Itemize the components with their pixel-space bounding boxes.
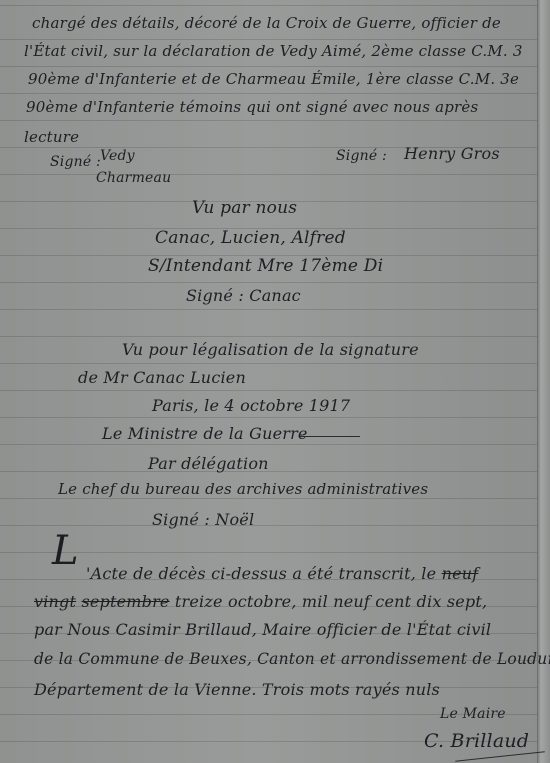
legalisation-chef: Le chef du bureau des archives administr…	[58, 480, 428, 498]
minister-underline	[300, 436, 360, 437]
paragraph-1-line-4: 90ème d'Infanterie témoins qui ont signé…	[26, 98, 478, 116]
transcription-line-3: par Nous Casimir Brillaud, Maire officie…	[34, 620, 491, 639]
vu-name: Canac, Lucien, Alfred	[155, 228, 346, 248]
legalisation-delegation: Par délégation	[148, 454, 269, 473]
page-margin-edge	[537, 0, 550, 763]
legalisation-line-1: Vu pour légalisation de la signature	[122, 340, 419, 359]
closing-signature: C. Brillaud	[424, 730, 529, 752]
paragraph-1-line-5: lecture	[24, 128, 79, 146]
signed-label-right: Signé :	[336, 148, 387, 164]
transcription-line-4: de la Commune de Beuxes, Canton et arron…	[34, 650, 550, 668]
signed-label-left: Signé :	[50, 154, 101, 170]
paragraph-1-line-3: 90ème d'Infanterie et de Charmeau Émile,…	[28, 70, 519, 88]
transcription-line-2: vingt septembre treize octobre, mil neuf…	[34, 592, 487, 611]
signature-charmeau: Charmeau	[96, 170, 171, 186]
closing-title: Le Maire	[440, 706, 506, 722]
struck-word-septembre: septembre	[81, 592, 169, 611]
transcription-line-1: 'Acte de décès ci-dessus a été transcrit…	[86, 564, 478, 583]
paragraph-1-line-1: chargé des détails, décoré de la Croix d…	[32, 14, 501, 32]
signature-vedy: Vedy	[100, 148, 135, 164]
signature-henry-gros: Henry Gros	[404, 144, 500, 163]
paragraph-1-line-2: l'État civil, sur la déclaration de Vedy…	[24, 42, 523, 60]
legalisation-line-2: de Mr Canac Lucien	[78, 368, 246, 387]
legalisation-minister: Le Ministre de la Guerre	[102, 424, 308, 443]
vu-signed: Signé : Canac	[186, 286, 301, 305]
decorative-initial: L	[52, 528, 79, 574]
vu-par-nous: Vu par nous	[192, 198, 297, 218]
legalisation-signed: Signé : Noël	[152, 510, 254, 529]
transcription-line-1-text: 'Acte de décès ci-dessus a été transcrit…	[86, 564, 442, 583]
legalisation-date: Paris, le 4 octobre 1917	[152, 396, 350, 415]
struck-word-neuf: neuf	[442, 564, 479, 583]
struck-word-vingt: vingt	[34, 592, 76, 611]
signature-flourish	[455, 751, 545, 761]
vu-title: S/Intendant Mre 17ème Di	[148, 256, 383, 276]
transcription-line-2-text: treize octobre, mil neuf cent dix sept,	[175, 592, 487, 611]
transcription-line-5: Département de la Vienne. Trois mots ray…	[34, 680, 440, 699]
register-page: chargé des détails, décoré de la Croix d…	[0, 0, 550, 763]
